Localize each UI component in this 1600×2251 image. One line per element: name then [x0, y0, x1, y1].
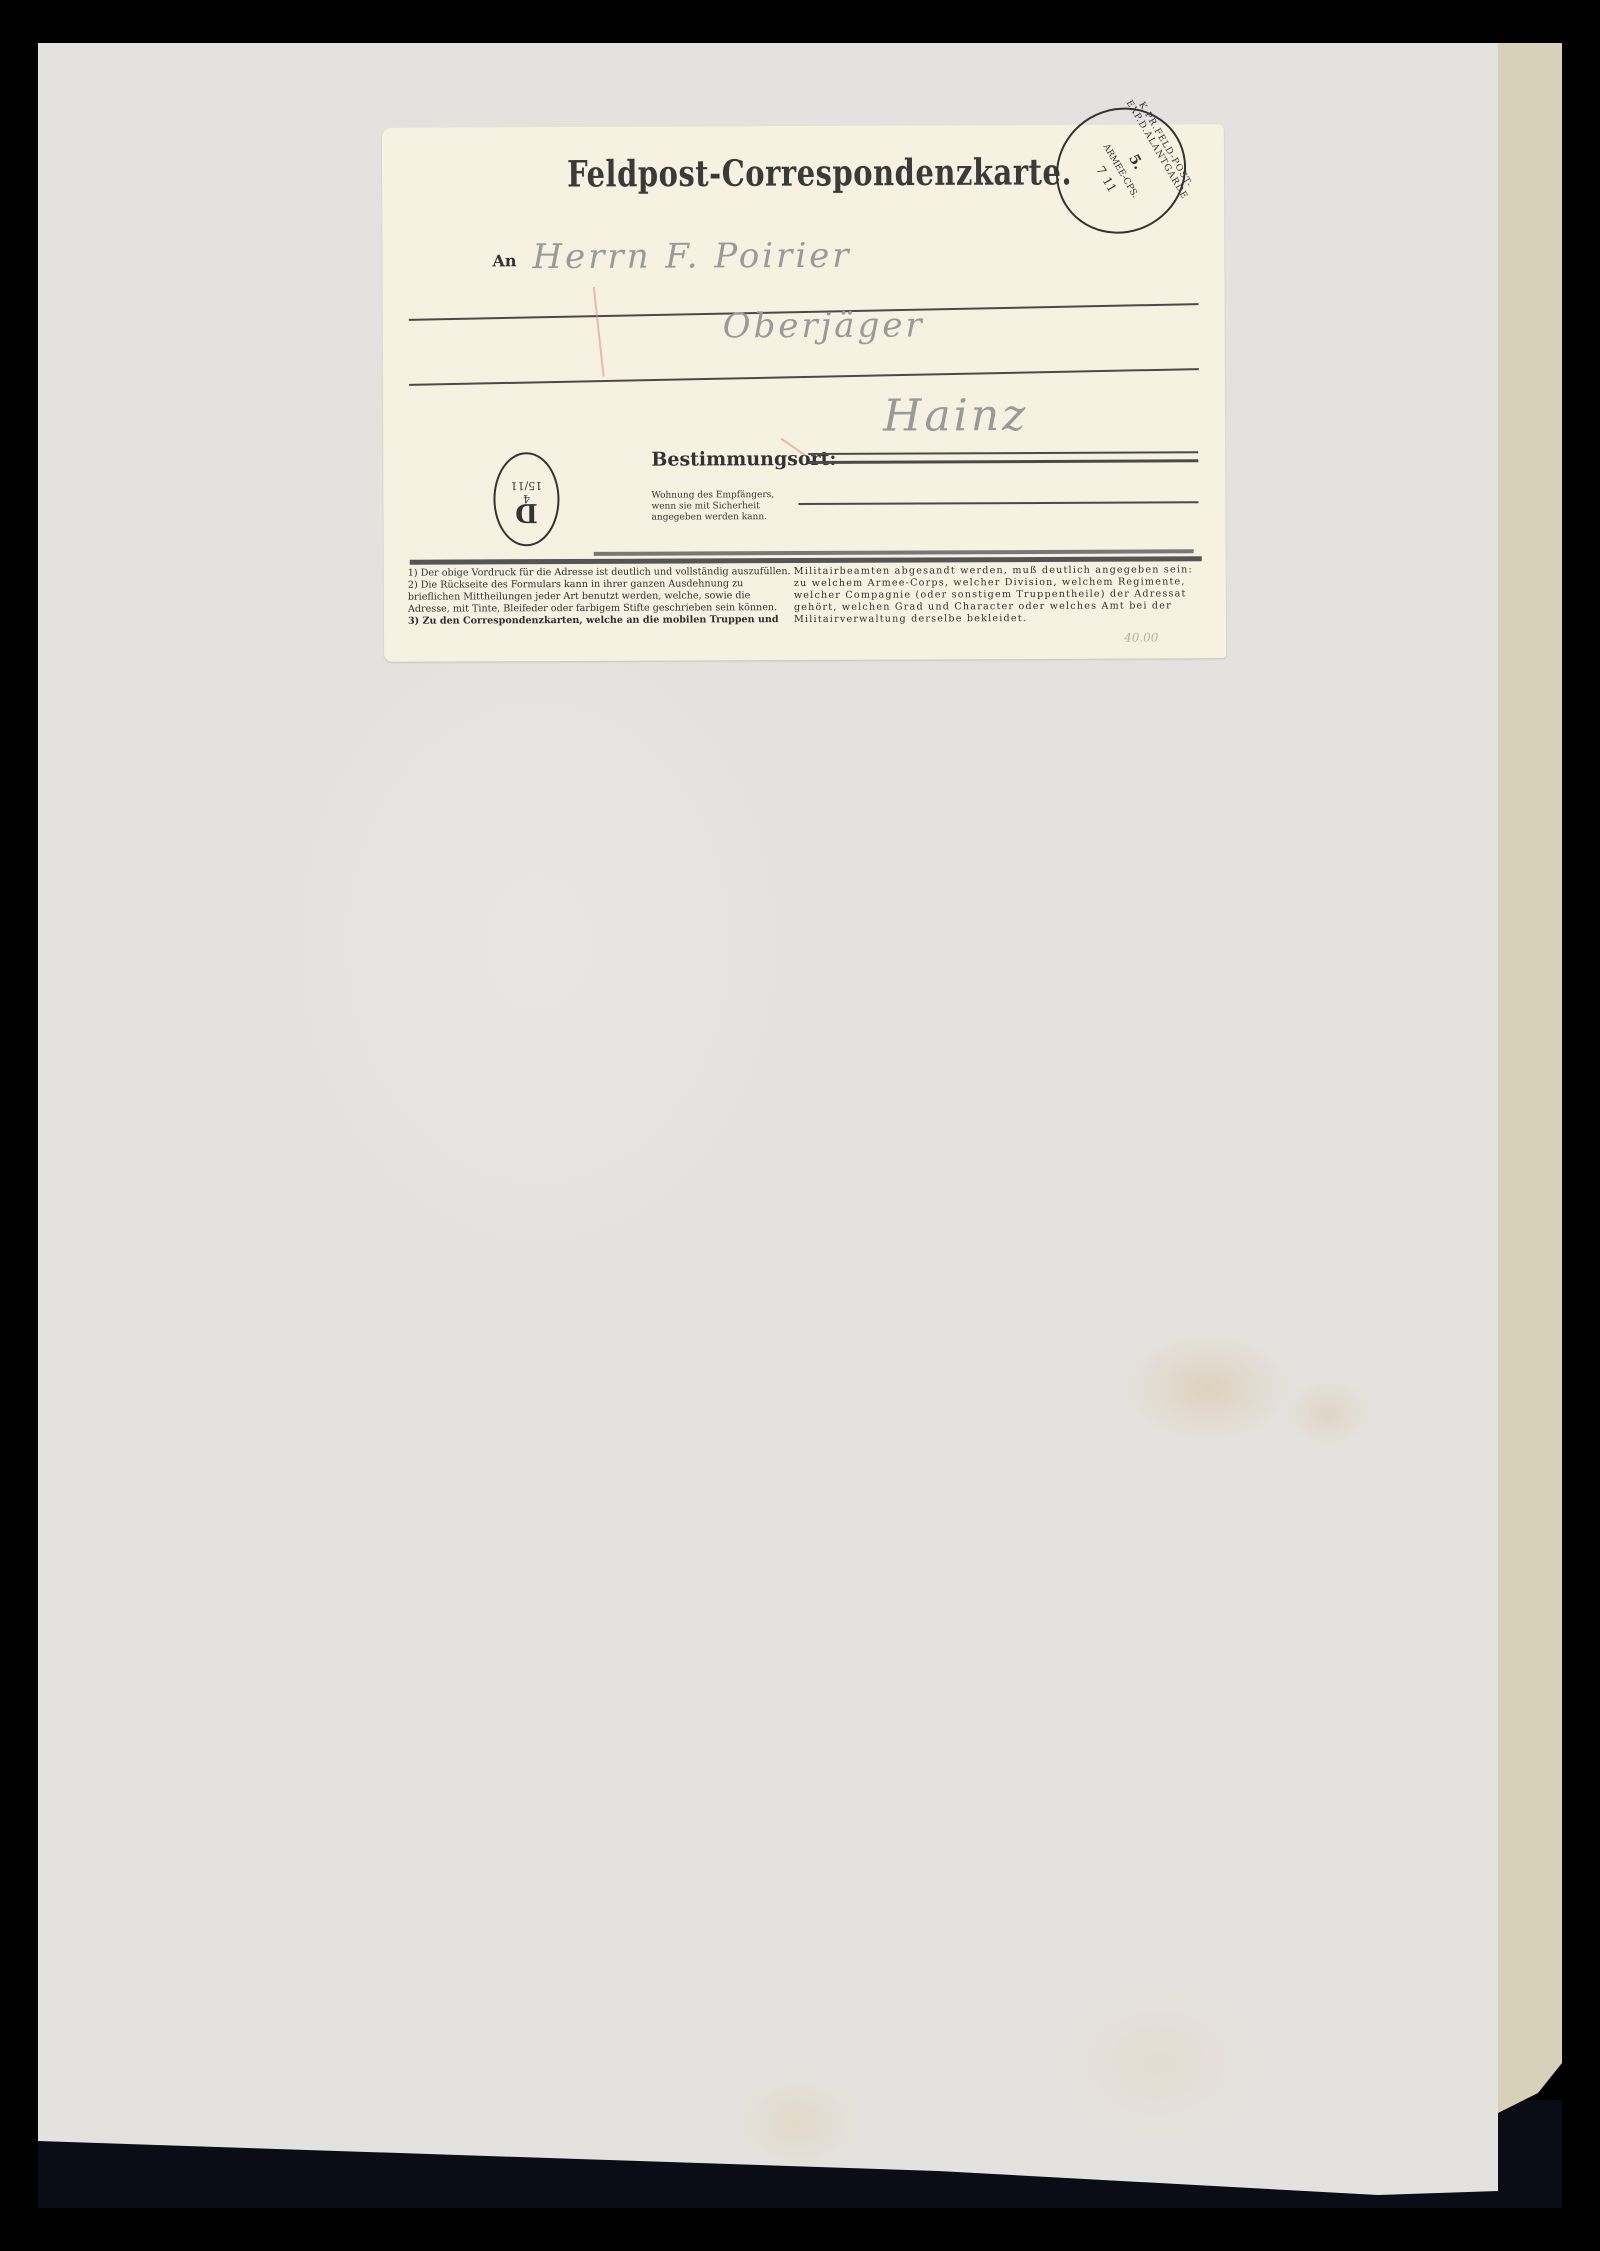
postmark-date-left: 7 — [1093, 164, 1109, 178]
destination-handwritten: Hainz — [883, 390, 1028, 442]
card-title: Feldpost-Correspondenzkarte. — [567, 151, 1072, 196]
pencil-price-note: 40.00 — [1124, 630, 1158, 644]
destination-label: Bestimmungsort: — [651, 448, 836, 471]
recipient-handwritten-line1: Herrn F. Poirier — [532, 236, 851, 277]
postmark-receiving: D 4 15/11 — [493, 452, 559, 546]
residence-rule — [798, 501, 1198, 505]
address-rule-2 — [409, 368, 1199, 386]
divider-band-upper — [594, 549, 1194, 556]
postmark-receiving-date: 15/11 — [511, 480, 543, 493]
instructions-left-column: 1) Der obige Vordruck für die Adresse is… — [408, 566, 793, 628]
destination-rule-1 — [808, 451, 1198, 455]
postmark-date-right: 11 — [1100, 174, 1120, 194]
instructions-right-column: Militairbeamten abgesandt werden, muß de… — [794, 564, 1194, 626]
instruction-2: 2) Die Rückseite des Formulars kann in i… — [408, 578, 793, 616]
feldpost-postcard: Feldpost-Correspondenzkarte. K.PR.FELD-P… — [382, 124, 1226, 662]
divider-band-lower — [410, 556, 1202, 564]
instruction-3: 3) Zu den Correspondenzkarten, welche an… — [408, 614, 793, 628]
residence-label: Wohnung des Empfängers, wenn sie mit Sic… — [651, 490, 796, 524]
postmark-letter: D — [511, 506, 543, 519]
destination-rule-2 — [808, 459, 1198, 464]
recipient-handwritten-line2: Oberjäger — [723, 305, 925, 346]
postmark-number: 5. — [1125, 152, 1146, 173]
album-spine-strip — [1498, 43, 1562, 2153]
postmark-receiving-number: 4 — [523, 493, 530, 506]
address-label: An — [492, 251, 516, 270]
red-pencil-mark — [593, 287, 605, 377]
